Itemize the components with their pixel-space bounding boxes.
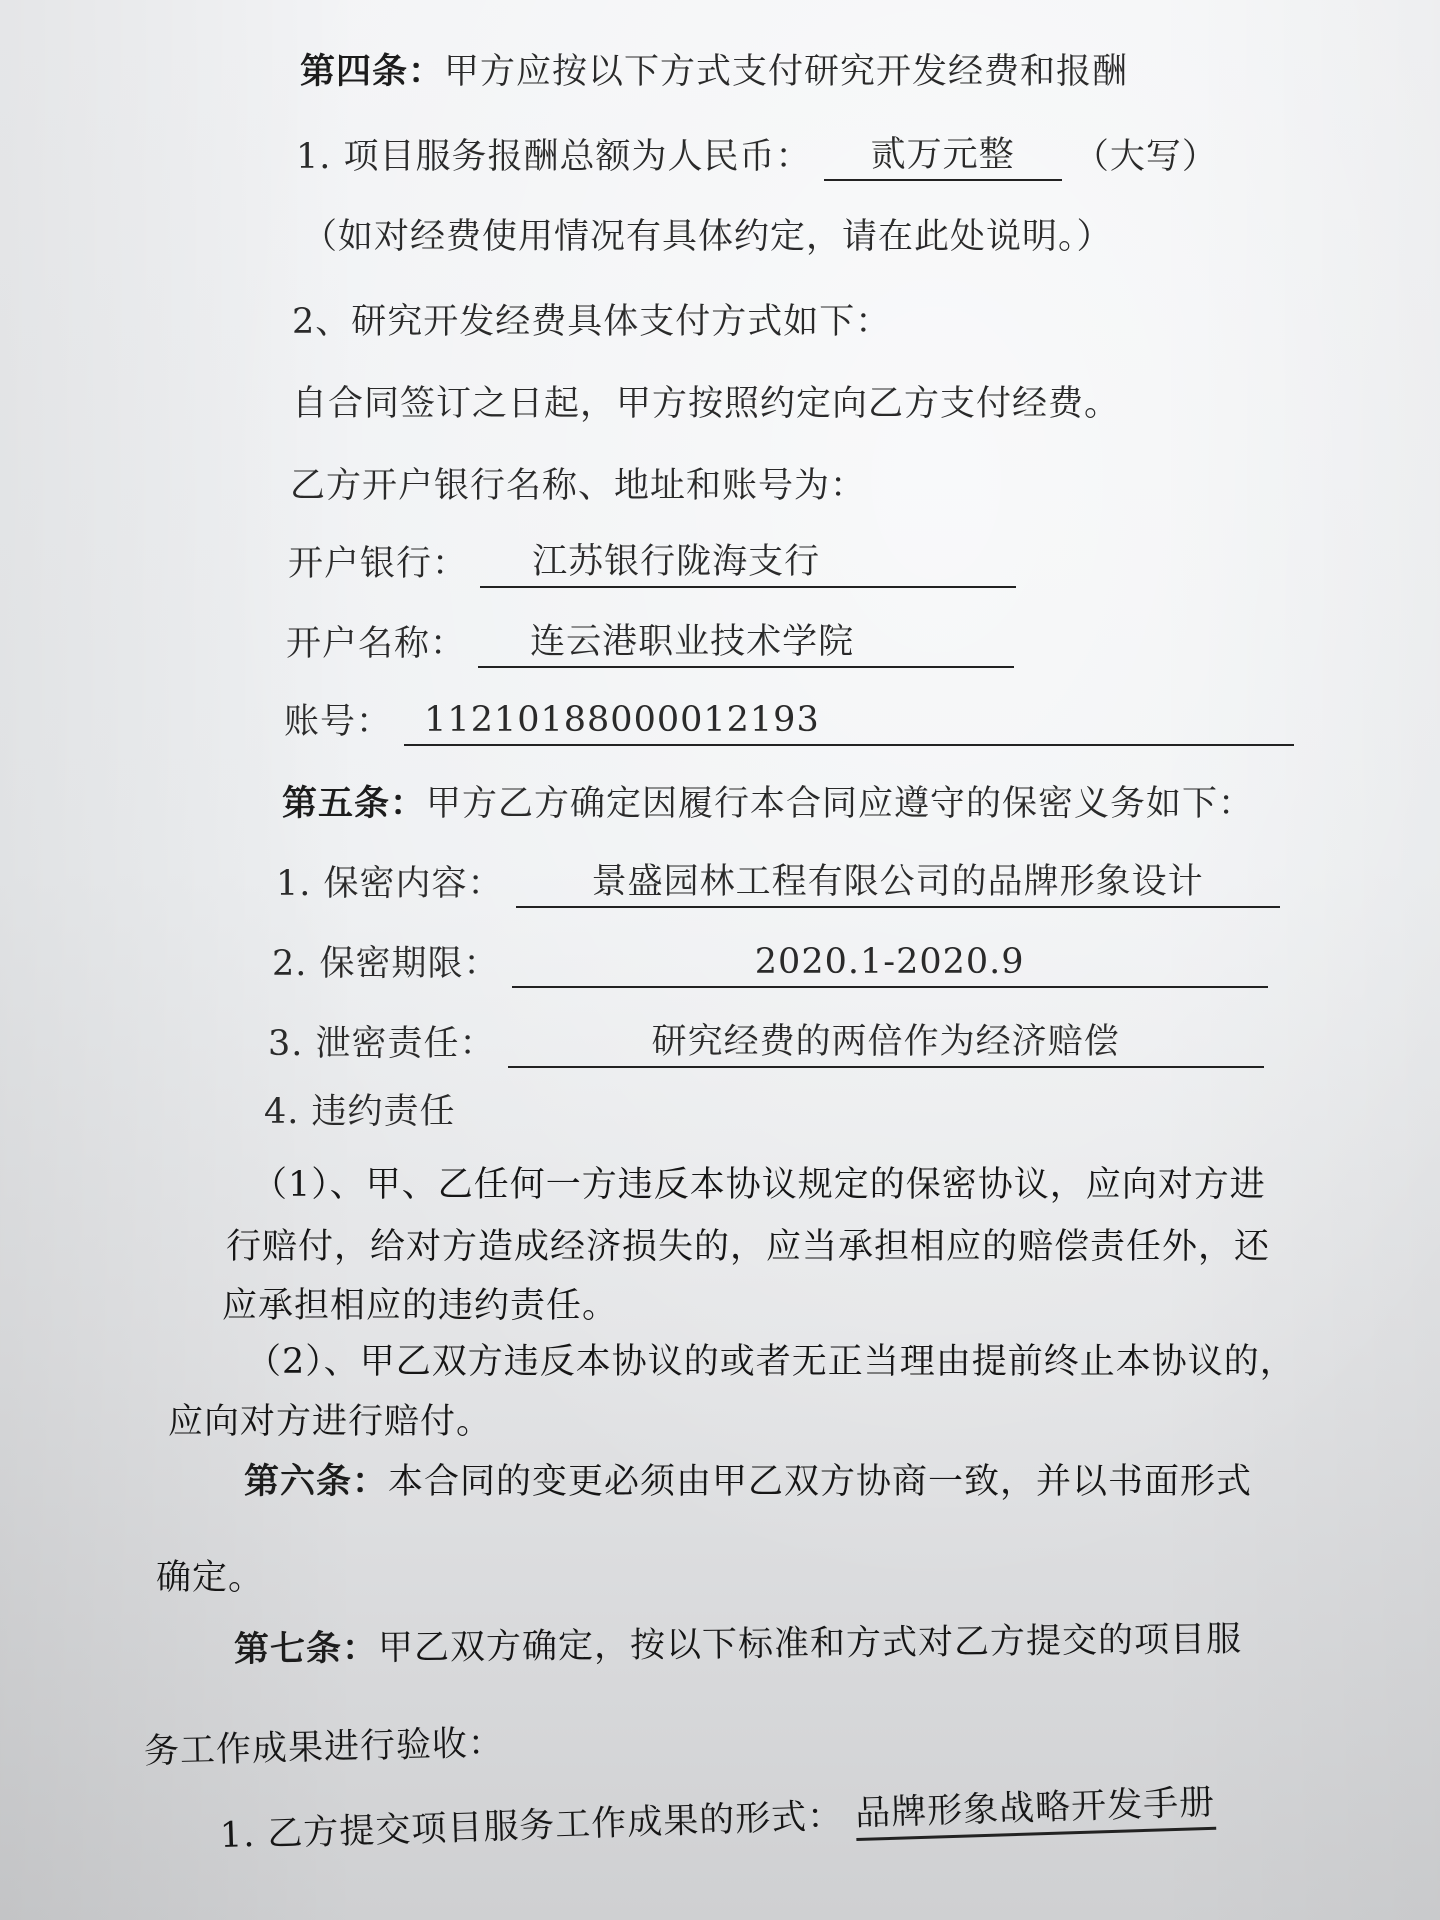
payment-text: 自合同签订之日起，甲方按照约定向乙方支付经费。 <box>292 382 1120 426</box>
deliverable-field: 品牌形象战略开发手册 <box>855 1783 1216 1841</box>
article6-heading: 第六条： <box>244 1461 388 1502</box>
account-name-label: 开户名称： <box>286 624 466 664</box>
account-name-field: 连云港职业技术学院 <box>478 622 1014 668</box>
bank-label: 开户银行： <box>288 544 468 584</box>
article7-text: 甲乙双方确定，按以下标准和方式对乙方提交的项目服 <box>378 1619 1242 1668</box>
confidential-period-field: 2020.1-2020.9 <box>512 942 1268 988</box>
clause2-line2: 应向对方进行赔付。 <box>168 1400 492 1444</box>
confidential-item-3: 3. 泄密责任： 研究经费的两倍作为经济赔偿 <box>268 1022 1264 1068</box>
confidential-content-field: 景盛园林工程有限公司的品牌形象设计 <box>516 862 1280 908</box>
article5-heading: 第五条： <box>282 783 426 824</box>
account-no-value: 11210188000012193 <box>404 700 820 740</box>
article5-title: 甲方乙方确定因履行本合同应遵守的保密义务如下： <box>426 784 1254 824</box>
confidential-period-value: 2020.1-2020.9 <box>755 942 1025 982</box>
article4-heading-line: 第四条：甲方应按以下方式支付研究开发经费和报酬 <box>300 50 1128 94</box>
clause1-line1: （1）、甲、乙任何一方违反本协议规定的保密协议，应向对方进 <box>252 1163 1266 1207</box>
breach-liability-label: 4. 违约责任 <box>264 1090 456 1134</box>
article4-title: 甲方应按以下方式支付研究开发经费和报酬 <box>444 52 1128 92</box>
article6-text: 本合同的变更必须由甲乙双方协商一致，并以书面形式 <box>388 1462 1252 1502</box>
total-amount-value: 贰万元整 <box>871 135 1015 175</box>
article4-heading: 第四条： <box>300 51 444 92</box>
account-name-value: 连云港职业技术学院 <box>478 622 854 662</box>
article7-item1: 1. 乙方提交项目服务工作成果的形式： 品牌形象战略开发手册 <box>219 1783 1216 1861</box>
account-no-label: 账号： <box>284 702 392 742</box>
item1-label: 1. 项目服务报酬总额为人民币： <box>296 137 812 177</box>
article4-item1: 1. 项目服务报酬总额为人民币： 贰万元整 （大写） <box>296 135 1218 181</box>
confidential-item-label: 1. 保密内容： <box>276 864 504 904</box>
item1-suffix: （大写） <box>1074 137 1218 177</box>
clause1-line3: 应承担相应的违约责任。 <box>222 1284 618 1328</box>
account-no-row: 账号： 11210188000012193 <box>284 700 1294 746</box>
deliverable-label: 1. 乙方提交项目服务工作成果的形式： <box>219 1796 843 1856</box>
article4-note: （如对经费使用情况有具体约定，请在此处说明。） <box>302 215 1113 259</box>
article7-line1: 第七条：甲乙双方确定，按以下标准和方式对乙方提交的项目服 <box>234 1617 1242 1672</box>
leak-liability-field: 研究经费的两倍作为经济赔偿 <box>508 1022 1264 1068</box>
article5-heading-line: 第五条：甲方乙方确定因履行本合同应遵守的保密义务如下： <box>282 782 1254 826</box>
confidential-item-2: 2. 保密期限： 2020.1-2020.9 <box>272 942 1268 988</box>
article7-line2: 务工作成果进行验收： <box>143 1721 504 1774</box>
bank-intro: 乙方开户银行名称、地址和账号为： <box>290 464 866 508</box>
confidential-item-label: 2. 保密期限： <box>272 944 500 984</box>
bank-value: 江苏银行陇海支行 <box>480 542 820 582</box>
leak-liability-value: 研究经费的两倍作为经济赔偿 <box>652 1022 1120 1062</box>
deliverable-value: 品牌形象战略开发手册 <box>855 1783 1216 1834</box>
article7-heading: 第七条： <box>234 1627 378 1670</box>
clause2-line1: （2）、甲乙双方违反本协议的或者无正当理由提前终止本协议的， <box>246 1340 1296 1384</box>
article6-line1: 第六条：本合同的变更必须由甲乙双方协商一致，并以书面形式 <box>244 1460 1252 1504</box>
bank-field: 江苏银行陇海支行 <box>480 542 1016 588</box>
confidential-item-1: 1. 保密内容： 景盛园林工程有限公司的品牌形象设计 <box>276 862 1280 908</box>
confidential-content-value: 景盛园林工程有限公司的品牌形象设计 <box>592 862 1204 902</box>
clause1-line2: 行赔付，给对方造成经济损失的，应当承担相应的赔偿责任外，还 <box>226 1225 1270 1269</box>
account-name-row: 开户名称： 连云港职业技术学院 <box>286 622 1014 668</box>
article4-item2: 2、研究开发经费具体支付方式如下： <box>292 300 891 344</box>
article6-line2: 确定。 <box>156 1556 264 1600</box>
confidential-item-label: 3. 泄密责任： <box>268 1024 496 1064</box>
total-amount-field: 贰万元整 <box>824 135 1062 181</box>
bank-row: 开户银行： 江苏银行陇海支行 <box>288 542 1016 588</box>
account-no-field: 11210188000012193 <box>404 700 1294 746</box>
